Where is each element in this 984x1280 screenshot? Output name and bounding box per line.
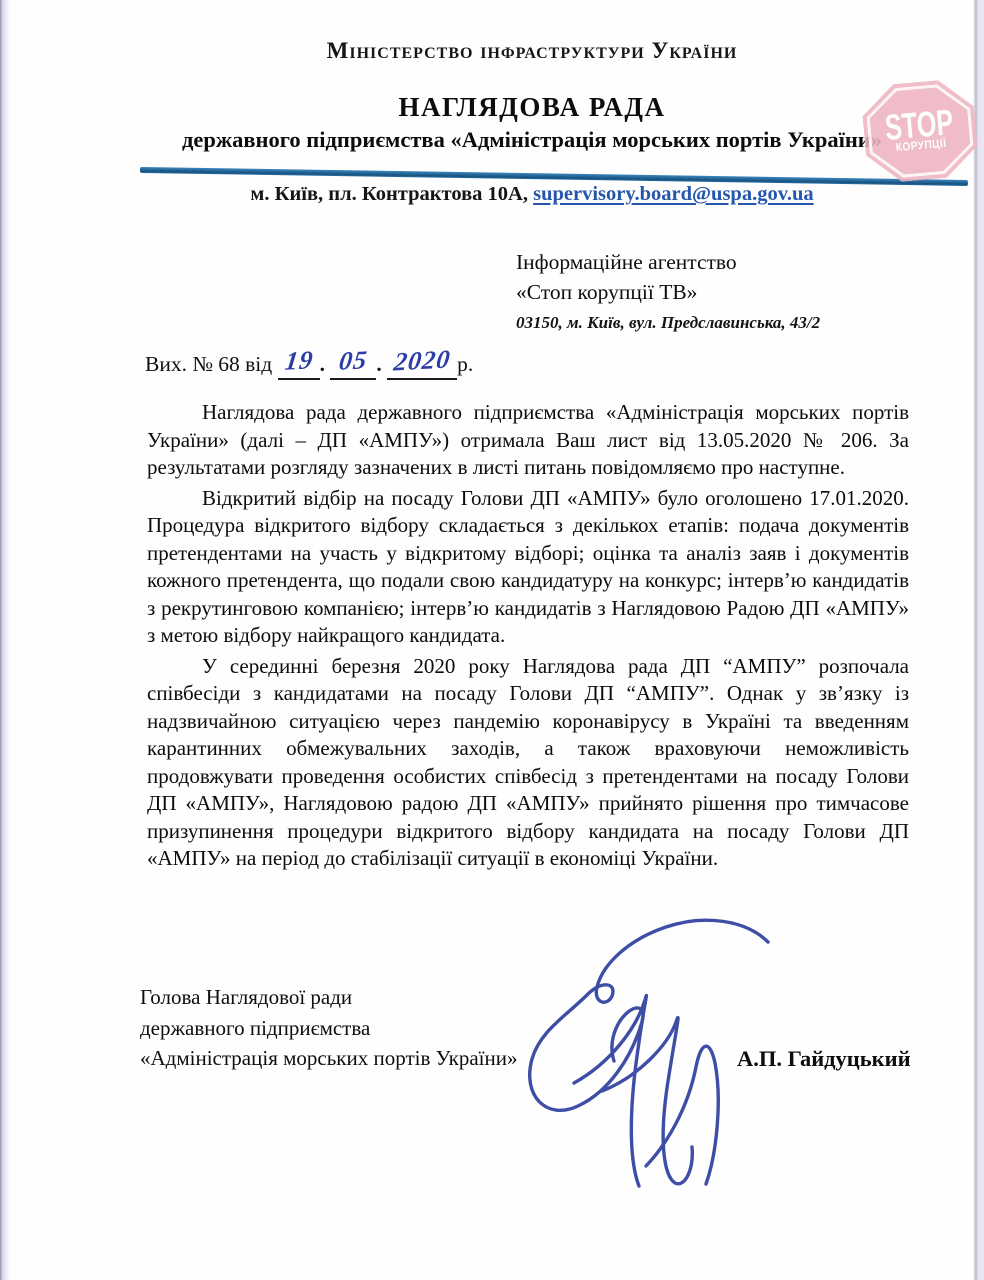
recipient-name: «Стоп корупції ТВ» <box>516 277 820 307</box>
scan-edge-left <box>0 0 10 1280</box>
handwritten-month: 05 <box>338 345 370 376</box>
signatory-title-block: Голова Наглядової ради державного підпри… <box>140 982 517 1074</box>
paragraph-2: Відкритий відбір на посаду Голови ДП «АМ… <box>147 485 909 650</box>
recipient-block: Інформаційне агентство «Стоп корупції ТВ… <box>516 247 820 338</box>
recipient-agency: Інформаційне агентство <box>516 247 820 277</box>
recipient-address: 03150, м. Київ, вул. Предславинська, 43/… <box>516 308 820 338</box>
org-subtitle: державного підприємства «Адміністрація м… <box>110 127 954 153</box>
letterhead: Міністерство інфраструктури України НАГЛ… <box>110 0 954 153</box>
date-month-blank: 05 <box>330 348 376 380</box>
stop-corruption-stamp: STOP КОРУПЦІЇ <box>860 77 980 184</box>
scanned-letter-page: { "header": { "ministry": "Міністерство … <box>0 0 984 1280</box>
ministry-title: Міністерство інфраструктури України <box>110 38 954 64</box>
date-year-blank: 2020 <box>387 348 457 380</box>
signatory-title-line1: Голова Наглядової ради <box>140 982 517 1013</box>
org-address-text: м. Київ, пл. Контрактова 10А, <box>250 183 533 205</box>
signatory-title-line2: державного підприємства <box>140 1013 517 1044</box>
org-title: НАГЛЯДОВА РАДА <box>110 92 954 123</box>
handwritten-day: 19 <box>283 345 315 376</box>
org-email-link[interactable]: supervisory.board@uspa.gov.ua <box>533 183 814 205</box>
date-dot-2: . <box>376 352 381 376</box>
date-dot-1: . <box>320 352 325 376</box>
handwritten-signature <box>518 910 780 1202</box>
letter-body: Наглядова рада державного підприємства «… <box>147 399 909 876</box>
handwritten-year: 2020 <box>392 345 452 378</box>
reference-suffix: р. <box>457 352 473 376</box>
outgoing-reference-line: Вих. № 68 від 19. 05. 2020р. <box>145 348 473 380</box>
reference-prefix: Вих. № 68 від <box>145 352 272 376</box>
signatory-title-line3: «Адміністрація морських портів України» <box>140 1043 517 1074</box>
paragraph-3: У серединні березня 2020 року Наглядова … <box>147 653 909 873</box>
org-address-line: м. Київ, пл. Контрактова 10А, supervisor… <box>110 183 954 206</box>
scan-edge-right <box>973 0 984 1280</box>
paragraph-1: Наглядова рада державного підприємства «… <box>147 399 909 482</box>
date-day-blank: 19 <box>278 348 320 380</box>
